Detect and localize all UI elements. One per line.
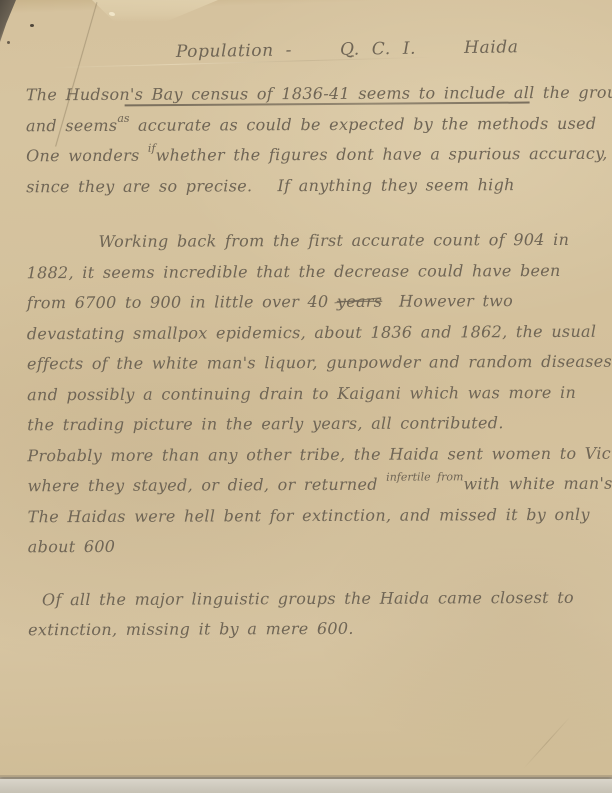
handwritten-line: extinction, missing it by a mere 600. [28, 618, 606, 651]
handwritten-line: The Haidas were hell bent for extinction… [28, 504, 606, 537]
handwritten-text: 1882, it seems incredible that the decre… [27, 260, 561, 281]
paper-flap [92, 0, 218, 22]
page-title-text: Population - Q. C. I. Haida [176, 37, 519, 62]
handwritten-text: about 600 [28, 537, 116, 556]
inserted-word: as [117, 111, 129, 124]
handwritten-line: since they are so precise. If anything t… [26, 174, 604, 207]
handwritten-line: One wonders ifwhether the figures dont h… [26, 144, 604, 177]
handwritten-line: and possibly a continuing drain to Kaiga… [27, 382, 605, 415]
handwritten-text: since they are so precise. If anything t… [26, 175, 515, 196]
handwritten-text: devastating smallpox epidemics, about 18… [27, 321, 597, 342]
handwritten-text: However two [382, 291, 513, 311]
handwritten-text: and seems [26, 115, 117, 134]
handwritten-line: effects of the white man's liquor, gunpo… [27, 352, 605, 385]
handwritten-text: Working back from the first accurate cou… [98, 230, 569, 251]
handwritten-text: accurate as could be expected by the met… [130, 113, 597, 134]
handwritten-line: The Hudson's Bay census of 1836-41 seems… [26, 83, 604, 116]
handwritten-line: where they stayed, or died, or returned … [27, 474, 605, 507]
paper-speck [30, 24, 34, 27]
handwritten-text: from 6700 to 900 in little over 40 [27, 292, 337, 312]
crossed-out-word: years [337, 292, 382, 311]
handwritten-line: the trading picture in the early years, … [27, 413, 605, 446]
inserted-word: infertile from [386, 470, 463, 483]
handwritten-line: from 6700 to 900 in little over 40 years… [27, 291, 605, 324]
handwritten-text: The Hudson's Bay census of 1836-41 seems… [26, 83, 612, 105]
handwritten-text: effects of the white man's liquor, gunpo… [27, 352, 612, 374]
handwritten-line: about 600 [28, 535, 606, 568]
handwritten-line: Probably more than any other tribe, the … [27, 443, 605, 476]
handwritten-text: with white man's diseases. [463, 473, 612, 493]
handwritten-line: Working back from the first accurate cou… [26, 230, 604, 263]
background-below-page [0, 779, 612, 793]
handwritten-line: devastating smallpox epidemics, about 18… [27, 321, 605, 354]
handwritten-text: where they stayed, or died, or returned [27, 475, 386, 496]
handwritten-text: One wonders [26, 146, 148, 166]
handwritten-text: whether the figures dont have a spurious… [156, 144, 608, 165]
handwritten-text: The Haidas were hell bent for extinction… [28, 504, 590, 525]
paper-speck [109, 12, 115, 16]
handwriting-lines: The Hudson's Bay census of 1836-41 seems… [26, 83, 606, 651]
handwritten-line: 1882, it seems incredible that the decre… [27, 260, 605, 293]
handwritten-text: Probably more than any other tribe, the … [27, 443, 612, 465]
paper-crease [523, 716, 571, 769]
handwritten-text: and possibly a continuing drain to Kaiga… [27, 382, 576, 403]
handwritten-text: extinction, missing it by a mere 600. [28, 619, 354, 639]
paper-speck [7, 41, 10, 44]
handwritten-line: Of all the major linguistic groups the H… [28, 587, 606, 620]
manuscript-page: Population - Q. C. I. Haida The Hudson's… [0, 0, 612, 777]
handwritten-text: Of all the major linguistic groups the H… [42, 587, 574, 608]
handwritten-text: the trading picture in the early years, … [27, 413, 504, 434]
inserted-word: if [148, 142, 156, 155]
torn-corner [0, 0, 16, 42]
handwritten-line: and seemsas accurate as could be expecte… [26, 113, 604, 146]
